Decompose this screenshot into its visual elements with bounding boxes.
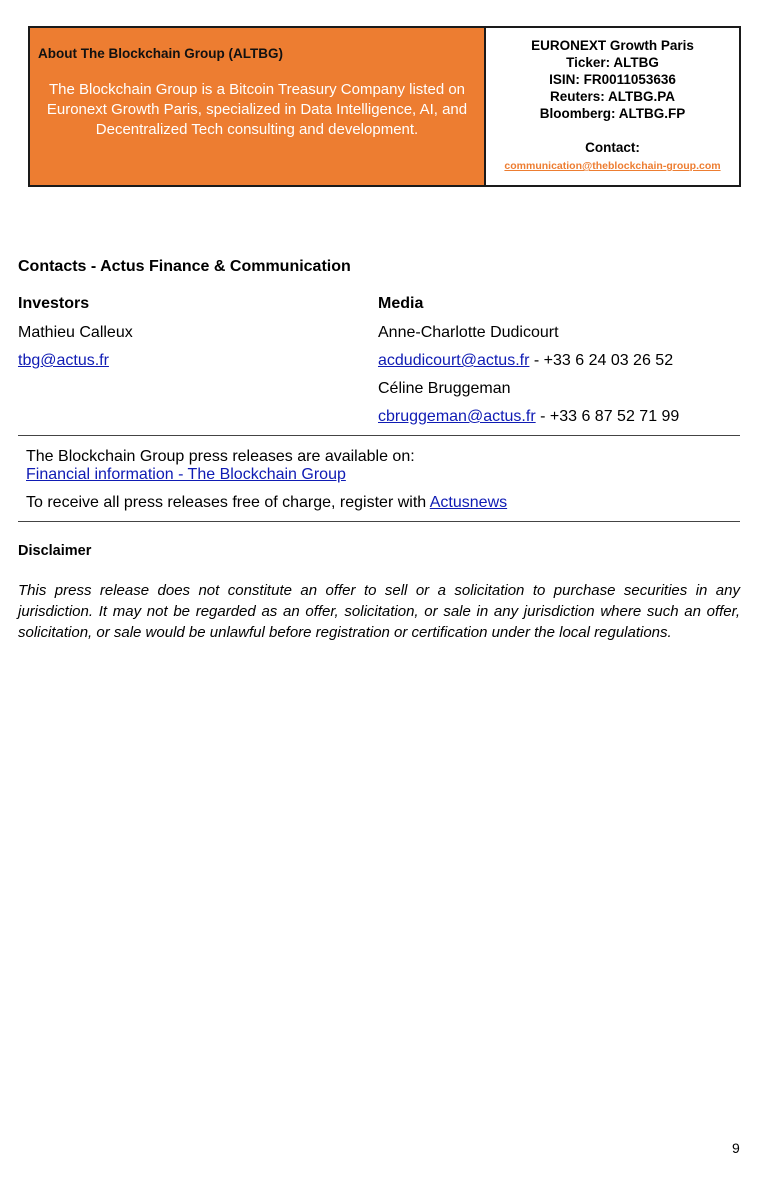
media-contact-phone: - +33 6 87 52 71 99	[536, 408, 680, 425]
divider	[18, 435, 740, 436]
contact-label: Contact:	[486, 139, 739, 156]
disclaimer-text: This press release does not constitute a…	[18, 580, 740, 643]
media-contact-email-link[interactable]: acdudicourt@actus.fr	[378, 352, 529, 369]
actusnews-link[interactable]: Actusnews	[430, 494, 507, 511]
register-text: To receive all press releases free of ch…	[26, 494, 430, 511]
financial-info-link[interactable]: Financial information - The Blockchain G…	[26, 466, 346, 483]
investors-heading: Investors	[18, 295, 89, 313]
exchange-name: EURONEXT Growth Paris	[486, 37, 739, 54]
page-number: 9	[732, 1140, 740, 1156]
register-line: To receive all press releases free of ch…	[26, 493, 507, 512]
identifiers-panel: EURONEXT Growth Paris Ticker: ALTBG ISIN…	[486, 28, 739, 185]
press-availability-text: The Blockchain Group press releases are …	[26, 447, 415, 466]
contacts-title: Contacts - Actus Finance & Communication	[18, 258, 351, 276]
about-description: The Blockchain Group is a Bitcoin Treasu…	[40, 80, 474, 140]
isin: ISIN: FR0011053636	[486, 71, 739, 88]
ticker: Ticker: ALTBG	[486, 54, 739, 71]
investor-name: Mathieu Calleux	[18, 324, 133, 342]
media-contact-phone: - +33 6 24 03 26 52	[529, 352, 673, 369]
company-info-box: About The Blockchain Group (ALTBG) The B…	[28, 26, 741, 187]
media-contact-name: Céline Bruggeman	[378, 380, 511, 398]
divider	[18, 521, 740, 522]
bloomberg-code: Bloomberg: ALTBG.FP	[486, 105, 739, 122]
reuters-code: Reuters: ALTBG.PA	[486, 88, 739, 105]
media-contact-line: cbruggeman@actus.fr - +33 6 87 52 71 99	[378, 408, 679, 426]
media-contact-email-link[interactable]: cbruggeman@actus.fr	[378, 408, 536, 425]
media-contact-name: Anne-Charlotte Dudicourt	[378, 324, 559, 342]
disclaimer-title: Disclaimer	[18, 543, 91, 559]
about-title: About The Blockchain Group (ALTBG)	[38, 46, 283, 61]
media-contact-line: acdudicourt@actus.fr - +33 6 24 03 26 52	[378, 352, 673, 370]
about-panel: About The Blockchain Group (ALTBG) The B…	[30, 28, 486, 185]
media-heading: Media	[378, 295, 423, 313]
contact-email-link[interactable]: communication@theblockchain-group.com	[504, 160, 720, 173]
investor-email-link[interactable]: tbg@actus.fr	[18, 352, 109, 369]
